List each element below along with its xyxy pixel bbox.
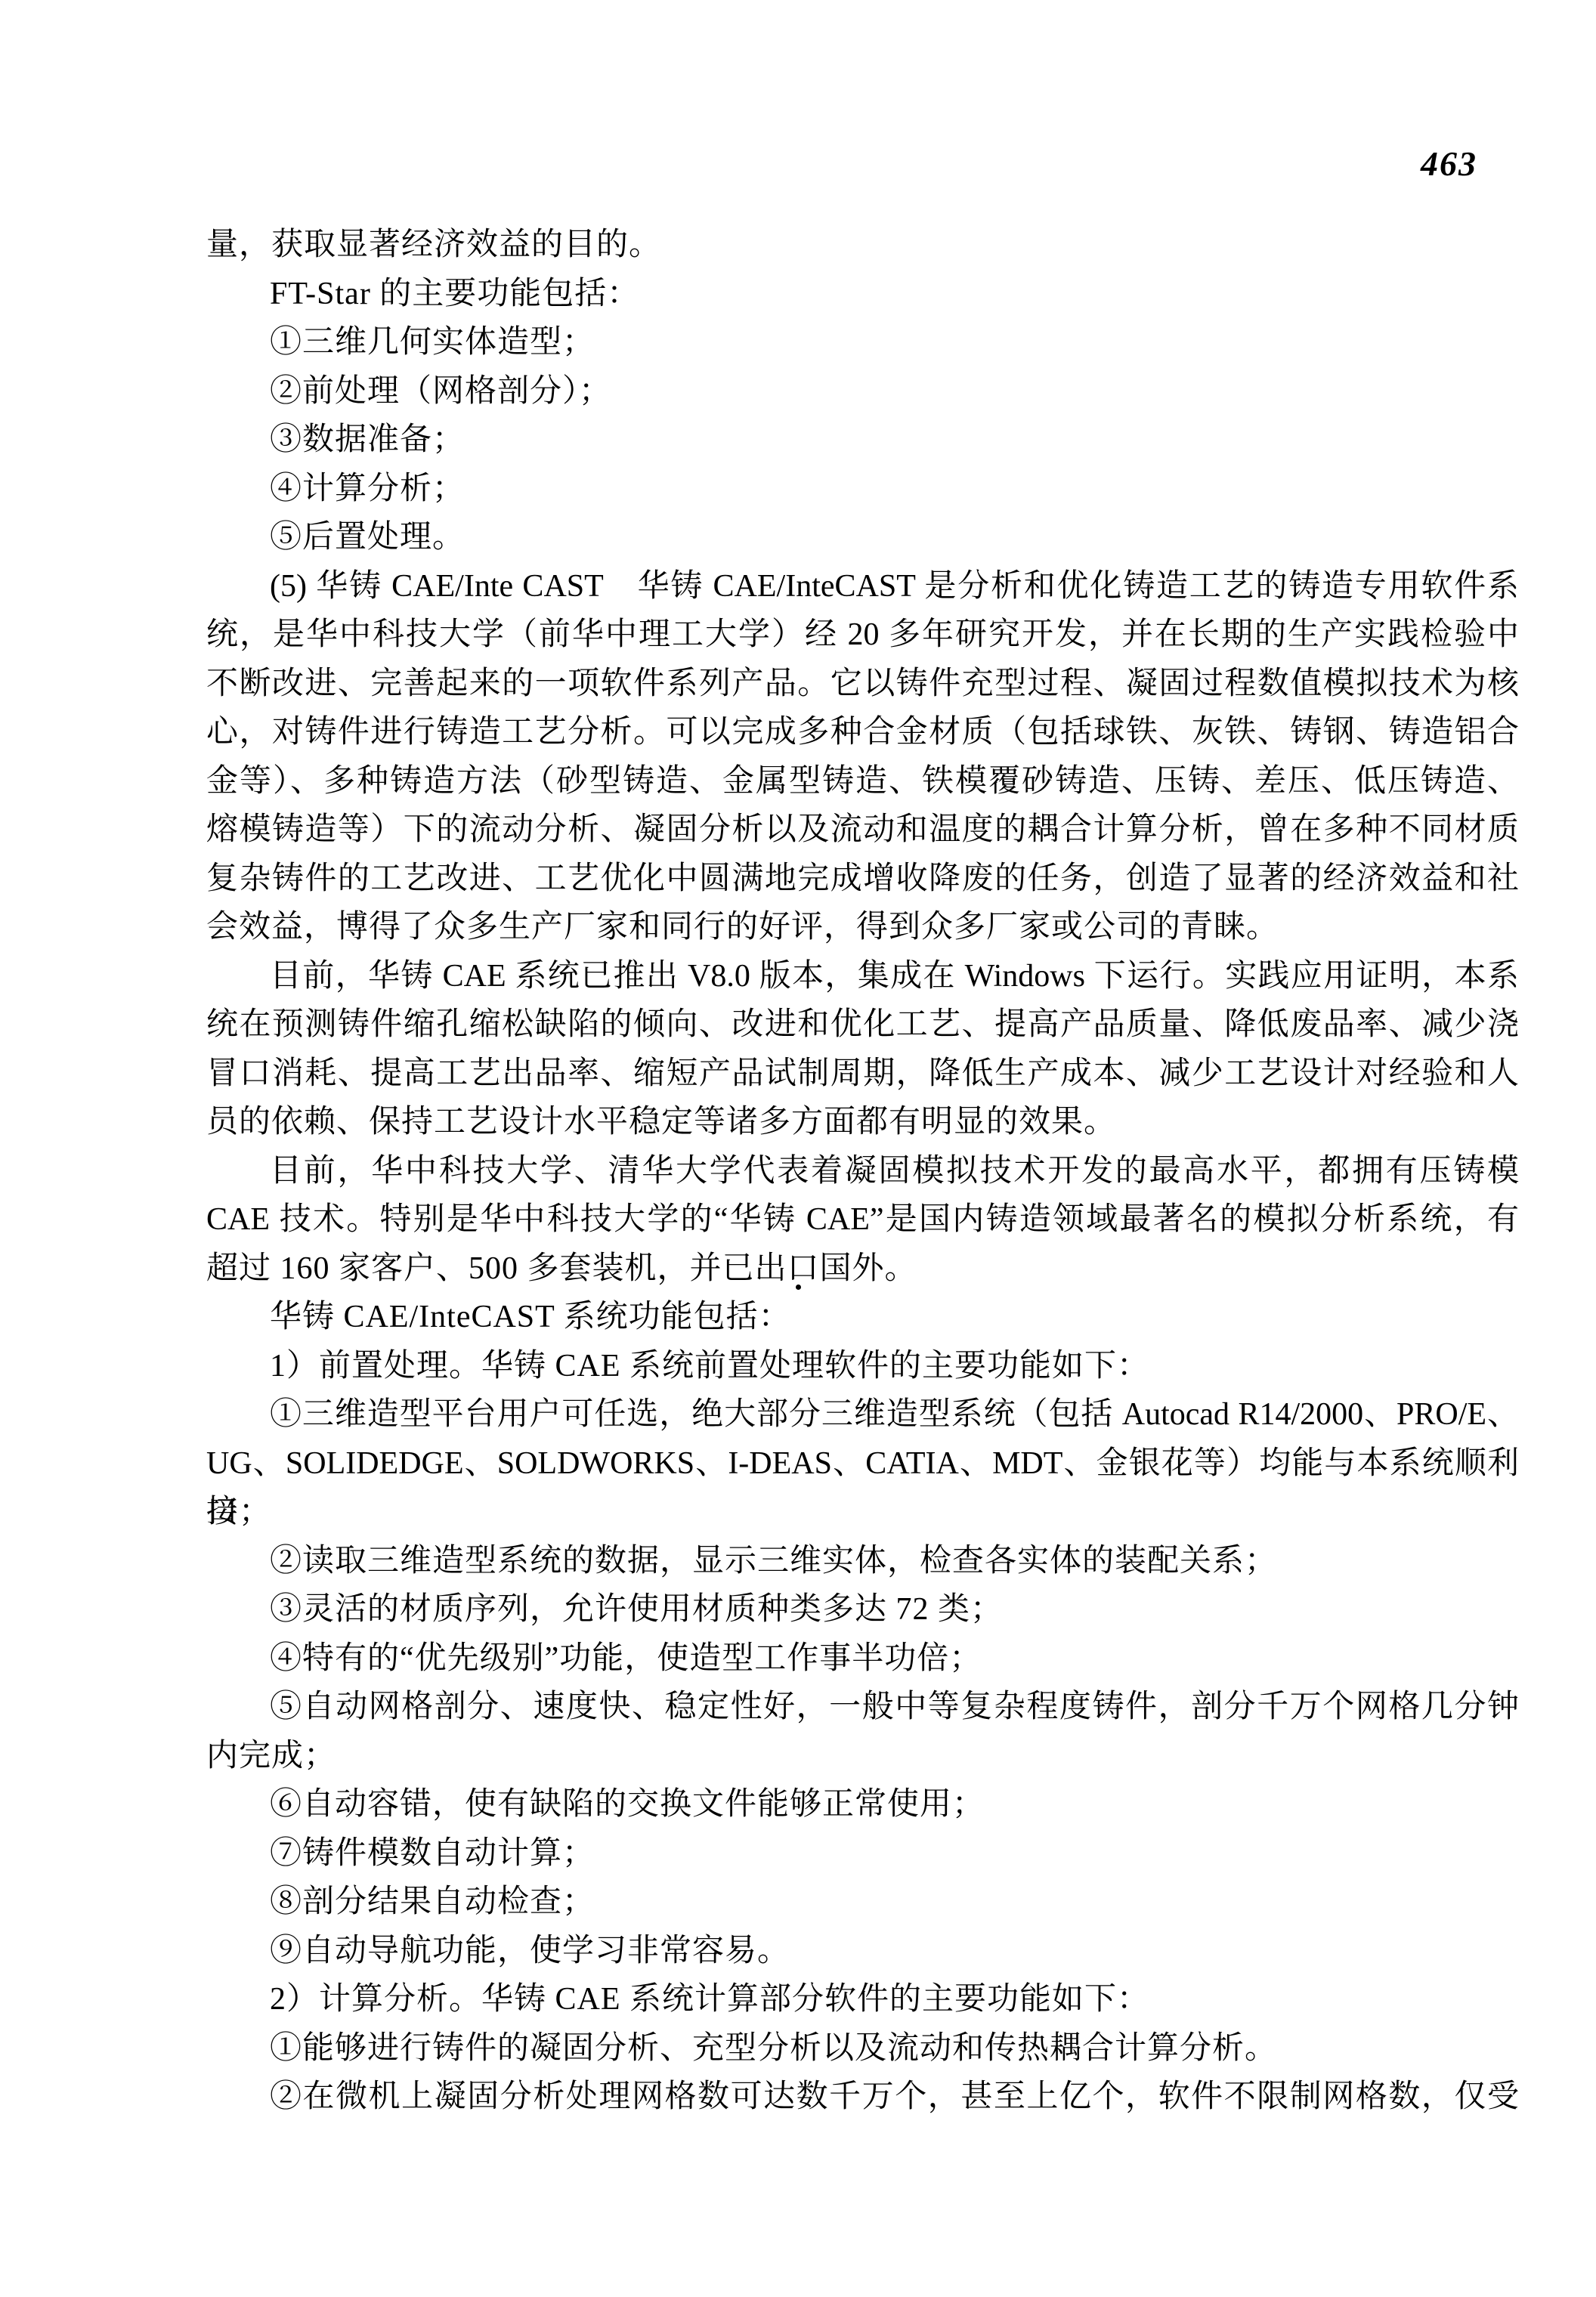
- text-line: 1）前置处理。华铸 CAE 系统前置处理软件的主要功能如下：: [206, 1342, 1519, 1391]
- text-line: 金等）、多种铸造方法（砂型铸造、金属型铸造、铁模覆砂铸造、压铸、差压、低压铸造、: [206, 757, 1519, 806]
- text-line: ①三维造型平台用户可任选，绝大部分三维造型系统（包括 Autocad R14/2…: [206, 1390, 1519, 1439]
- text-line: ④特有的“优先级别”功能，使造型工作事半功倍；: [206, 1634, 1519, 1683]
- text-line: ⑥自动容错，使有缺陷的交换文件能够正常使用；: [206, 1780, 1519, 1829]
- text-line: ①三维几何实体造型；: [206, 318, 1519, 367]
- text-line: ④计算分析；: [206, 465, 1519, 514]
- text-line: 2）计算分析。华铸 CAE 系统计算部分软件的主要功能如下：: [206, 1975, 1519, 2024]
- text-block: 量，获取显著经济效益的目的。FT-Star 的主要功能包括：①三维几何实体造型；…: [206, 221, 1519, 2122]
- text-line: FT-Star 的主要功能包括：: [206, 270, 1519, 319]
- text-line: 会效益，博得了众多生产厂家和同行的好评，得到众多厂家或公司的青睐。: [206, 903, 1519, 952]
- text-line: ⑤自动网格剖分、速度快、稳定性好，一般中等复杂程度铸件，剖分千万个网格几分钟: [206, 1683, 1519, 1732]
- book-page: 463 量，获取显著经济效益的目的。FT-Star 的主要功能包括：①三维几何实…: [0, 0, 1596, 2297]
- text-line: 熔模铸造等）下的流动分析、凝固分析以及流动和温度的耦合计算分析，曾在多种不同材质: [206, 805, 1519, 855]
- text-line: ②读取三维造型系统的数据，显示三维实体，检查各实体的装配关系；: [206, 1537, 1519, 1586]
- text-line: ⑤后置处理。: [206, 513, 1519, 562]
- text-line: 目前，华中科技大学、清华大学代表着凝固模拟技术开发的最高水平，都拥有压铸模: [206, 1147, 1519, 1196]
- text-line: 内完成；: [206, 1732, 1519, 1781]
- text-line: 超过 160 家客户、500 多套装机，并已出口国外。: [206, 1244, 1519, 1294]
- text-line: (5) 华铸 CAE/Inte CAST 华铸 CAE/InteCAST 是分析…: [206, 562, 1519, 611]
- text-line: 员的依赖、保持工艺设计水平稳定等诸多方面都有明显的效果。: [206, 1098, 1519, 1147]
- text-line: 不断改进、完善起来的一项软件系列产品。它以铸件充型过程、凝固过程数值模拟技术为核: [206, 660, 1519, 709]
- page-number: 463: [1421, 144, 1477, 184]
- text-line: ⑨自动导航功能，使学习非常容易。: [206, 1927, 1519, 1976]
- text-line: ②前处理（网格剖分）；: [206, 367, 1519, 416]
- text-line: CAE 技术。特别是华中科技大学的“华铸 CAE”是国内铸造领域最著名的模拟分析…: [206, 1195, 1519, 1244]
- text-line: UG、SOLIDEDGE、SOLDWORKS、I-DEAS、CATIA、MDT、…: [206, 1439, 1519, 1489]
- text-line: ①能够进行铸件的凝固分析、充型分析以及流动和传热耦合计算分析。: [206, 2024, 1519, 2073]
- text-line: 量，获取显著经济效益的目的。: [206, 221, 1519, 270]
- text-line: 冒口消耗、提高工艺出品率、缩短产品试制周期，降低生产成本、减少工艺设计对经验和人: [206, 1050, 1519, 1099]
- text-line: 心，对铸件进行铸造工艺分析。可以完成多种合金材质（包括球铁、灰铁、铸钢、铸造铝合: [206, 708, 1519, 757]
- text-line: 复杂铸件的工艺改进、工艺优化中圆满地完成增收降废的任务，创造了显著的经济效益和社: [206, 855, 1519, 904]
- text-line: 统，是华中科技大学（前华中理工大学）经 20 多年研究开发，并在长期的生产实践检…: [206, 611, 1519, 660]
- text-line: ②在微机上凝固分析处理网格数可达数千万个，甚至上亿个，软件不限制网格数，仅受: [206, 2073, 1519, 2122]
- text-line: 统在预测铸件缩孔缩松缺陷的倾向、改进和优化工艺、提高产品质量、降低废品率、减少浇: [206, 1000, 1519, 1050]
- text-line: 华铸 CAE/InteCAST 系统功能包括：: [206, 1293, 1519, 1342]
- text-line: ③灵活的材质序列，允许使用材质种类多达 72 类；: [206, 1585, 1519, 1634]
- text-line: ③数据准备；: [206, 416, 1519, 465]
- text-line: 口；: [206, 1488, 1519, 1537]
- text-line: 目前，华铸 CAE 系统已推出 V8.0 版本，集成在 Windows 下运行。…: [206, 952, 1519, 1001]
- text-line: ⑧剖分结果自动检查；: [206, 1878, 1519, 1927]
- text-line: ⑦铸件模数自动计算；: [206, 1829, 1519, 1878]
- scan-speck: [796, 1285, 801, 1290]
